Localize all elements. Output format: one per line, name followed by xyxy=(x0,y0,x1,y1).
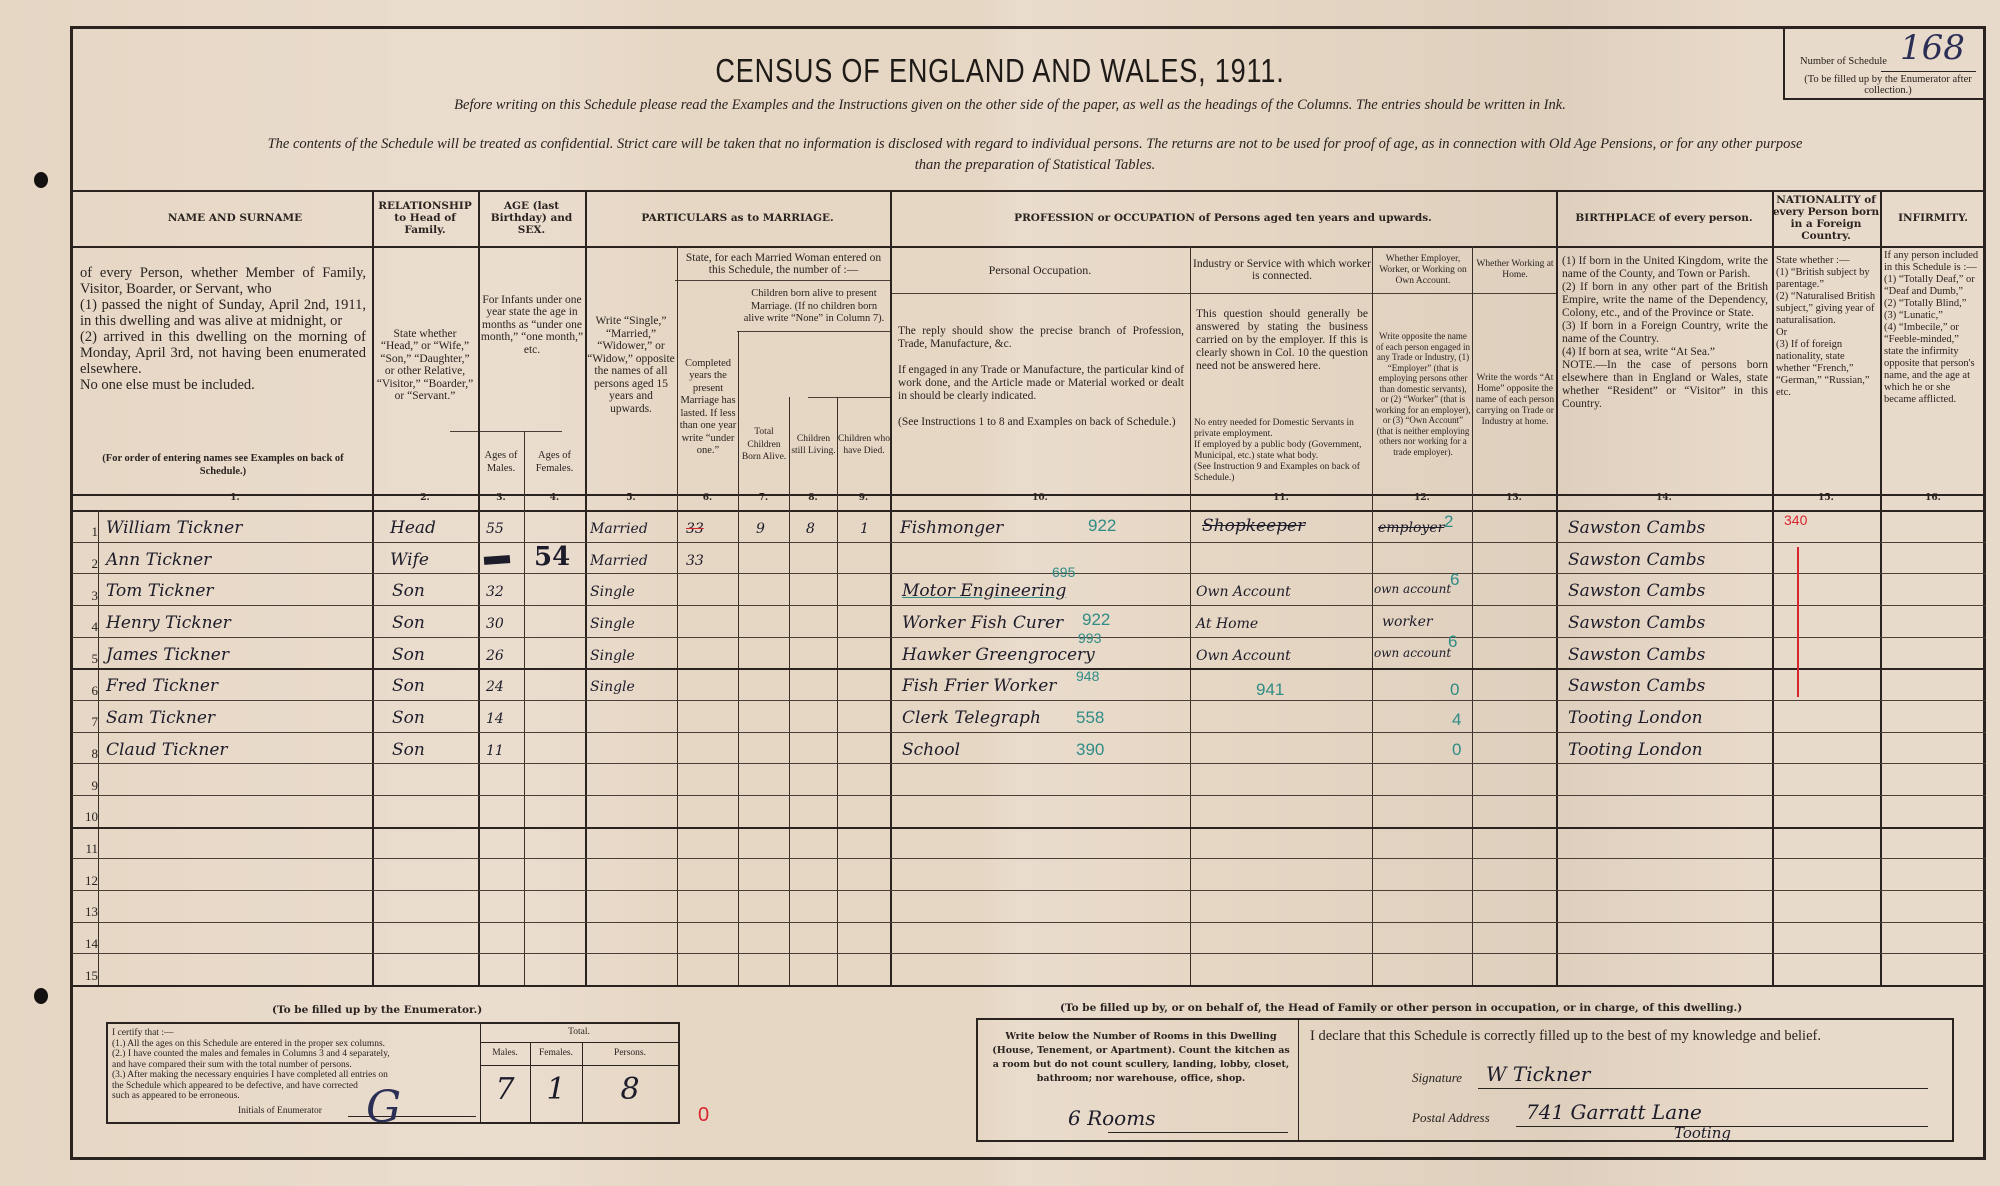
header-total-children: Total Children Born Alive. xyxy=(739,400,789,490)
cell-birthplace: Sawston Cambs xyxy=(1568,676,1705,696)
cell-age-male: 26 xyxy=(486,648,504,664)
certification-text: I certify that :— (1.) All the ages on t… xyxy=(112,1028,478,1102)
cell-birthplace: Tooting London xyxy=(1568,740,1703,760)
cell-employer-code: 6 xyxy=(1450,570,1459,590)
cell-name: Tom Tickner xyxy=(106,581,214,601)
cell-marital: Single xyxy=(590,584,635,600)
line-number: 14 xyxy=(72,936,98,952)
cell-occupation: Motor Engineering xyxy=(902,581,1066,601)
cell-occupation: Fish Frier Worker xyxy=(902,676,1056,696)
schedule-number-note: (To be filled up by the Enumerator after… xyxy=(1793,74,1983,96)
total-label: Total. xyxy=(480,1027,678,1037)
cell-occupation-code: 558 xyxy=(1076,708,1104,728)
schedule-number-box: 168 Number of Schedule (To be filled up … xyxy=(1783,26,1986,100)
cell-relationship: Son xyxy=(392,708,425,728)
persons-label: Persons. xyxy=(582,1048,678,1058)
page-title: CENSUS OF ENGLAND AND WALES, 1911. xyxy=(180,52,1820,90)
header-age-females: Ages of Females. xyxy=(524,435,585,490)
line-number: 15 xyxy=(72,968,98,984)
header-age: AGE (last Birthday) and SEX. xyxy=(478,190,585,246)
cell-employer-code: 0 xyxy=(1450,680,1459,700)
cell-total-children: 9 xyxy=(756,521,765,537)
cell-relationship: Son xyxy=(392,581,425,601)
confidential-notice: The contents of the Schedule will be tre… xyxy=(90,136,1980,153)
cell-occupation: Worker Fish Curer xyxy=(902,613,1063,633)
cell-years-married: 33 xyxy=(686,553,704,569)
header-home: Whether Working at Home. xyxy=(1474,248,1556,292)
head-declaration-box: Write below the Number of Rooms in this … xyxy=(976,1018,1954,1142)
line-number: 11 xyxy=(72,841,98,857)
red-mark: 0 xyxy=(698,1104,709,1127)
head-section-label: (To be filled up by, or on behalf of, th… xyxy=(1060,1002,1742,1014)
cell-occupation-code: 922 xyxy=(1088,516,1116,536)
cell-name: Fred Tickner xyxy=(106,676,218,696)
column-number: 5. xyxy=(585,493,677,507)
header-infirmity: INFIRMITY. xyxy=(1880,190,1986,246)
instruction-years-married: Completed years the present Marriage has… xyxy=(679,330,737,485)
cell-relationship: Son xyxy=(392,645,425,665)
cell-birthplace: Sawston Cambs xyxy=(1568,581,1705,601)
cell-age-female: 54 xyxy=(534,542,570,572)
cell-birthplace: Sawston Cambs xyxy=(1568,518,1705,538)
cell-employer-code: 2 xyxy=(1444,512,1453,532)
header-name: NAME AND SURNAME xyxy=(98,190,372,246)
cell-marital: Single xyxy=(590,648,635,664)
cell-industry: Own Account xyxy=(1196,584,1291,600)
cell-children-living: 8 xyxy=(806,521,815,537)
cell-age-male: 24 xyxy=(486,679,504,695)
cell-industry: Shopkeeper xyxy=(1202,516,1305,536)
line-number: 7 xyxy=(72,714,98,730)
line-number: 13 xyxy=(72,904,98,920)
instruction-industry: This question should generally be answer… xyxy=(1196,308,1368,373)
cell-age-male: 30 xyxy=(486,616,504,632)
header-nationality: NATIONALITY of every Person born in a Fo… xyxy=(1772,190,1880,246)
cell-marital: Single xyxy=(590,616,635,632)
enumerator-initials: G xyxy=(366,1082,401,1133)
column-number: 12. xyxy=(1372,493,1472,507)
instruction-name-note: (For order of entering names see Example… xyxy=(80,452,366,478)
signature-label: Signature xyxy=(1412,1070,1462,1086)
header-occupation: PROFESSION or OCCUPATION of Persons aged… xyxy=(890,190,1556,246)
column-number: 2. xyxy=(372,493,478,507)
line-number: 10 xyxy=(72,809,98,825)
column-number: 15. xyxy=(1772,493,1880,507)
instruction-birthplace: (1) If born in the United Kingdom, write… xyxy=(1562,255,1768,411)
address-line-2: Tooting xyxy=(1674,1124,1731,1142)
instruction-relationship: State whether “Head,” or “Wife,” “Son,” … xyxy=(376,310,474,420)
instruction-marital: Write “Single,” “Married,” “Widower,” or… xyxy=(587,290,675,440)
scribbled-age-male xyxy=(484,555,510,565)
divider xyxy=(1298,1020,1299,1140)
header-relationship: RELATIONSHIP to Head of Family. xyxy=(372,190,478,246)
instruction-name: of every Person, whether Member of Famil… xyxy=(80,265,366,393)
total-males: 7 xyxy=(480,1072,530,1107)
header-employer: Whether Employer, Worker, or Working on … xyxy=(1374,248,1472,292)
cell-relationship: Son xyxy=(392,740,425,760)
cell-years-married: 33 xyxy=(686,521,704,537)
cell-birthplace: Sawston Cambs xyxy=(1568,550,1705,570)
enumerator-certificate-box: I certify that :— (1.) All the ages on t… xyxy=(106,1022,680,1124)
cell-relationship: Wife xyxy=(390,550,429,570)
column-number: 8. xyxy=(789,493,837,507)
rooms-instruction: Write below the Number of Rooms in this … xyxy=(992,1030,1290,1086)
line-number: 3 xyxy=(72,588,98,604)
line-number: 9 xyxy=(72,778,98,794)
cell-nationality-code: 340 xyxy=(1784,512,1807,528)
cell-name: Claud Tickner xyxy=(106,740,228,760)
cell-name: William Tickner xyxy=(106,518,242,538)
address-label: Postal Address xyxy=(1412,1110,1490,1126)
instruction-nationality: State whether :— (1) “British subject by… xyxy=(1776,255,1878,399)
declaration-text: I declare that this Schedule is correctl… xyxy=(1310,1028,1821,1045)
divider xyxy=(480,1042,678,1043)
cell-marital: Married xyxy=(590,553,648,569)
column-number: 9. xyxy=(837,493,890,507)
cell-occupation-code: 695 xyxy=(1052,564,1075,580)
instruction-age-infants: For Infants under one year state the age… xyxy=(480,280,584,370)
cell-occupation-code: 390 xyxy=(1076,740,1104,760)
header-industry: Industry or Service with which worker is… xyxy=(1192,248,1372,292)
cell-industry: At Home xyxy=(1196,616,1258,632)
cell-occupation-code: 993 xyxy=(1078,630,1101,646)
cell-industry-code: 941 xyxy=(1256,680,1284,700)
punch-hole xyxy=(34,172,48,188)
cell-name: Sam Tickner xyxy=(106,708,215,728)
cell-occupation-code: 922 xyxy=(1082,610,1110,630)
column-number: 11. xyxy=(1190,493,1372,507)
cell-marital: Single xyxy=(590,679,635,695)
cell-occupation: School xyxy=(902,740,960,760)
cell-employer-code: 4 xyxy=(1452,710,1461,730)
confidential-notice-cont: than the preparation of Statistical Tabl… xyxy=(90,157,1980,174)
enumerator-section-label: (To be filled up by the Enumerator.) xyxy=(272,1004,482,1016)
initials-label: Initials of Enumerator xyxy=(238,1106,322,1117)
cell-employer: own account xyxy=(1374,646,1451,660)
cell-children-died: 1 xyxy=(860,521,869,537)
cell-birthplace: Sawston Cambs xyxy=(1568,613,1705,633)
line-number: 12 xyxy=(72,873,98,889)
rooms-line xyxy=(1108,1132,1288,1133)
cell-relationship: Head xyxy=(390,518,436,538)
instruction-employer: Write opposite the name of each person e… xyxy=(1375,296,1471,492)
cell-industry: Own Account xyxy=(1196,648,1291,664)
line-number: 2 xyxy=(72,556,98,572)
address-line-1: 741 Garratt Lane xyxy=(1526,1100,1702,1124)
header-age-males: Ages of Males. xyxy=(478,435,524,490)
cell-name: Ann Tickner xyxy=(106,550,211,570)
line-number: 5 xyxy=(72,651,98,667)
cell-employer-code: 0 xyxy=(1452,740,1461,760)
schedule-number-line xyxy=(1881,71,1976,72)
cell-age-male: 55 xyxy=(486,521,504,537)
signature-line xyxy=(1478,1088,1928,1089)
punch-hole xyxy=(34,988,48,1004)
schedule-number: 168 xyxy=(1900,28,1965,68)
header-personal-occupation: Personal Occupation. xyxy=(890,248,1190,292)
column-number: 7. xyxy=(738,493,789,507)
cell-relationship: Son xyxy=(392,613,425,633)
cell-age-male: 14 xyxy=(486,711,504,727)
intro-instruction: Before writing on this Schedule please r… xyxy=(320,97,1700,114)
cell-birthplace: Sawston Cambs xyxy=(1568,645,1705,665)
rooms-count: 6 Rooms xyxy=(1068,1106,1155,1130)
cell-employer-code: 6 xyxy=(1448,632,1457,652)
instruction-married-woman: State, for each Married Woman entered on… xyxy=(679,248,888,280)
instruction-children-born: Children born alive to present Marriage.… xyxy=(740,283,888,331)
column-number: 4. xyxy=(524,493,585,507)
females-label: Females. xyxy=(530,1048,582,1058)
cell-employer: employer xyxy=(1378,520,1444,536)
line-number: 1 xyxy=(72,524,98,540)
header-children-died: Children who have Died. xyxy=(838,400,890,490)
column-number: 3. xyxy=(478,493,524,507)
cell-name: Henry Tickner xyxy=(106,613,231,633)
total-persons: 8 xyxy=(582,1072,678,1107)
cell-occupation: Clerk Telegraph xyxy=(902,708,1041,728)
total-females: 1 xyxy=(530,1072,582,1107)
cell-name: James Tickner xyxy=(106,645,229,665)
header-marriage: PARTICULARS as to MARRIAGE. xyxy=(585,190,890,246)
cell-occupation: Hawker Greengrocery xyxy=(902,645,1095,665)
instruction-industry-note: No entry needed for Domestic Servants in… xyxy=(1194,418,1370,484)
cell-employer: own account xyxy=(1374,582,1451,596)
column-number: 14. xyxy=(1556,493,1772,507)
line-number: 8 xyxy=(72,746,98,762)
red-check-line xyxy=(1797,547,1799,697)
header-birthplace: BIRTHPLACE of every person. xyxy=(1556,190,1772,246)
column-number: 16. xyxy=(1880,493,1986,507)
males-label: Males. xyxy=(480,1048,530,1058)
instruction-home: Write the words “At Home” opposite the n… xyxy=(1475,330,1555,470)
cell-birthplace: Tooting London xyxy=(1568,708,1703,728)
column-number: 6. xyxy=(677,493,738,507)
divider xyxy=(480,1065,678,1066)
line-number: 6 xyxy=(72,683,98,699)
cell-employer: worker xyxy=(1382,614,1433,630)
signature: W Tickner xyxy=(1486,1062,1590,1086)
column-number: 1. xyxy=(98,493,372,507)
line-number: 4 xyxy=(72,619,98,635)
instruction-personal-occupation: The reply should show the precise branch… xyxy=(898,325,1184,429)
cell-marital: Married xyxy=(590,521,648,537)
cell-occupation: Fishmonger xyxy=(900,518,1003,538)
header-children-living: Children still Living. xyxy=(790,400,837,490)
column-number: 10. xyxy=(890,493,1190,507)
cell-age-male: 11 xyxy=(486,743,504,759)
column-number: 13. xyxy=(1472,493,1556,507)
cell-age-male: 32 xyxy=(486,584,504,600)
cell-relationship: Son xyxy=(392,676,425,696)
schedule-number-label: Number of Schedule xyxy=(1800,56,1887,67)
cell-occupation-code: 948 xyxy=(1076,668,1099,684)
instruction-infirmity: If any person included in this Schedule … xyxy=(1884,250,1984,406)
census-table: NAME AND SURNAME RELATIONSHIP to Head of… xyxy=(72,190,1986,986)
